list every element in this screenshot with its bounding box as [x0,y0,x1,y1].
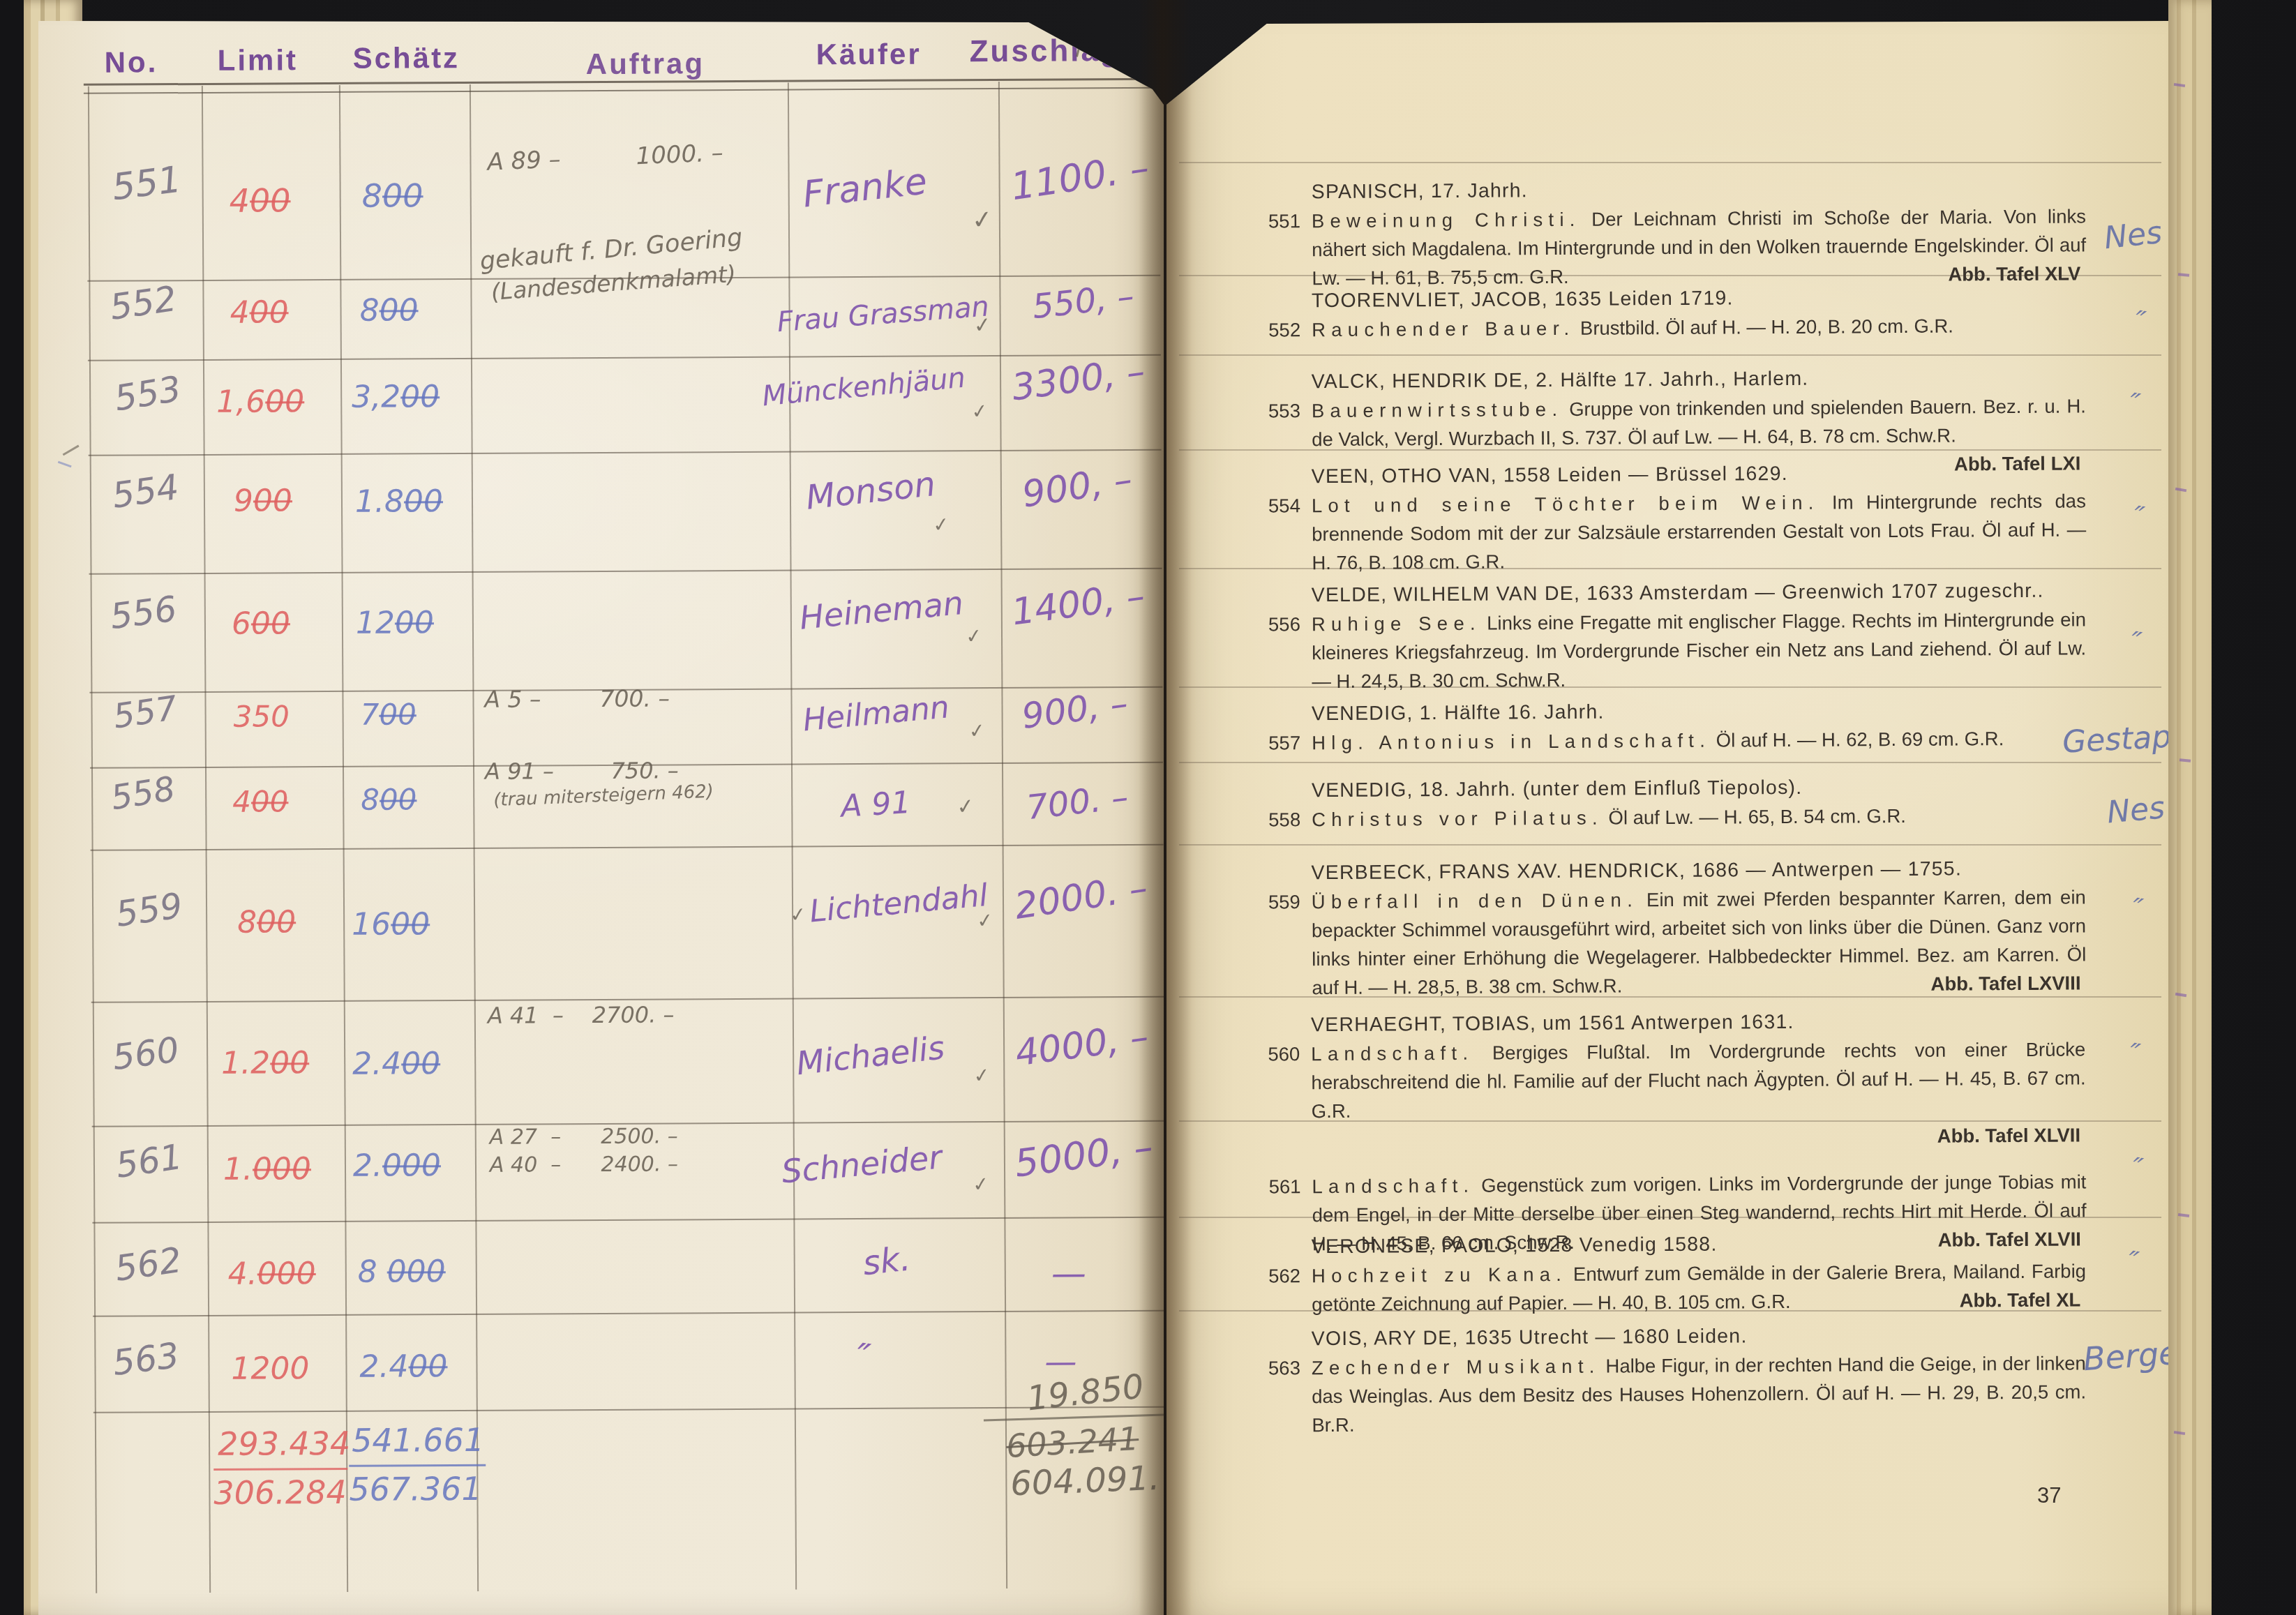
zuschlag-cell: 5000, – [1012,1125,1155,1186]
schaetz-grand-total: 567.361 [349,1470,482,1508]
limit-cell: 350 [233,699,289,733]
lot-title: Zechender Musikant. [1312,1355,1600,1379]
plate-reference: Abb. Tafel LXVIII [1930,968,2080,998]
header-no: No. [105,45,158,79]
schaetz-total-underline [349,1464,486,1467]
check-mark-icon: ✓ [788,902,807,926]
table-vline [470,84,479,1591]
buyer-cell: sk. [861,1239,913,1283]
schaetz-cell: 1200 [356,605,434,641]
catalog-lot: 560 Landschaft. Bergiges Flußtal. Im Vor… [1255,1035,2086,1154]
catalog-section: VELDE, WILHELM VAN DE, 1633 Amsterdam — … [1256,576,2087,696]
zuschlag-cell: 4000, – [1013,1016,1150,1074]
lot-title: Überfall in den Dünen. [1312,889,1638,912]
lot-number: 557 [1256,728,1300,757]
lot-number: 556 [1256,610,1300,638]
check-mark-icon: ✓ [964,624,983,648]
limit-grand-total: 306.284 [213,1473,347,1512]
table-vline [202,86,211,1593]
lot-number: 558 [1256,805,1300,834]
limit-cell: 4.000 [228,1256,316,1292]
table-vline [88,87,97,1593]
lot-number-cell: 554 [110,467,181,516]
ledger-content: No. Limit Schätz Auftrag Käufer Zuschlag… [34,0,1168,1615]
catalog-row-line [1179,162,2161,163]
lot-number-cell: 557 [111,689,180,737]
schaetz-cell: 2.400 [359,1349,447,1385]
catalog-lot: 554 Lot und seine Töchter beim Wein. Im … [1256,486,2087,577]
limit-total: 293.434 [218,1425,351,1463]
catalog-section: SPANISCH, 17. Jahrh. 551 Beweinung Chris… [1256,173,2087,292]
buyer-cell: Michaelis [795,1028,947,1082]
ledger-page: No. Limit Schätz Auftrag Käufer Zuschlag… [38,0,1164,1615]
buyer-cell: Schneider [780,1138,943,1190]
check-mark-icon: ✓ [968,719,986,743]
book-spread-photo: No. Limit Schätz Auftrag Käufer Zuschlag… [0,0,2296,1615]
auftrag-note: (trau mitersteigern 462) [493,781,714,811]
schaetz-cell: 3,200 [352,379,440,415]
lot-title: Christus vor Pilatus. [1312,807,1603,831]
catalog-lot: 559 Überfall in den Dünen. Ein mit zwei … [1256,882,2087,1002]
schaetz-cell: 2.000 [353,1148,441,1184]
table-vline [998,82,1007,1588]
lot-text: Brustbild. Öl auf H. — H. 20, B. 20 cm. … [1580,315,1953,339]
check-mark-icon: ✓ [973,313,993,339]
lot-number: 552 [1256,315,1300,344]
pencil-stroke-mark [1076,13,1088,57]
plate-reference: Abb. Tafel XL [1959,1285,2080,1314]
catalog-section: VENEDIG, 1. Hälfte 16. Jahrh. 557 Hlg. A… [1256,695,2086,757]
check-mark-icon: ✓ [973,1063,991,1088]
catalog-row-line [1179,354,2161,356]
limit-cell: 400 [230,181,291,219]
auftrag-note: A 91 – 750. – [485,757,679,784]
lot-number-cell: 563 [110,1335,181,1384]
zuschlag-dash: — [1051,1253,1086,1293]
schaetz-cell: 2.400 [352,1046,440,1082]
limit-cell: 400 [232,784,288,818]
lot-title: Rauchender Bauer. [1312,317,1575,340]
lot-number: 560 [1255,1039,1300,1068]
artist-heading: VENEDIG, 18. Jahrh. (unter dem Einfluß T… [1256,772,2086,805]
zuschlag-cell: 550, – [1030,276,1136,326]
schaetz-cell: 800 [362,176,423,214]
lot-number-cell: 562 [112,1240,184,1289]
limit-cell: 1.000 [223,1151,311,1187]
lot-number-cell: 553 [112,368,184,419]
lot-text: Öl auf Lw. — H. 65, B. 54 cm. G.R. [1608,805,1906,829]
schaetz-cell: 700 [360,697,416,731]
artist-heading: VELDE, WILHELM VAN DE, 1633 Amsterdam — … [1256,576,2086,610]
page-stack-right [2168,0,2212,1615]
zuschlag-subtotal: 19.850 [1025,1367,1146,1418]
check-mark-icon: ✓ [955,794,975,820]
lot-title: Hlg. Antonius in Landschaft. [1312,730,1711,753]
lot-number: 561 [1256,1172,1300,1201]
page-number: 37 [2037,1483,2061,1508]
lot-title: Ruhige See. [1312,613,1481,635]
catalog-lot: 556 Ruhige See. Links eine Fregatte mit … [1256,605,2087,696]
lot-number-cell: 561 [113,1136,185,1186]
lot-title: Landschaft. [1312,1175,1474,1197]
header-kaeufer: Käufer [816,38,922,72]
lot-number-cell: 552 [107,278,179,328]
auftrag-note: A 5 – 700. – [484,684,670,712]
buyer-ditto-mark: ″ [854,1336,873,1379]
check-mark-icon: ✓ [970,205,994,236]
margin-pencil-tick [63,445,80,456]
artist-heading: VERHAEGHT, TOBIAS, um 1561 Antwerpen 163… [1255,1006,2085,1039]
catalog-section: VENEDIG, 18. Jahrh. (unter dem Einfluß T… [1256,772,2086,834]
lot-number-cell: 560 [110,1030,181,1079]
artist-heading: VERONESE, PAOLO, 1528 Venedig 1588. [1256,1228,2086,1261]
artist-heading: VALCK, HENDRIK DE, 2. Hälfte 17. Jahrh.,… [1256,363,2086,396]
lot-number: 562 [1256,1261,1300,1290]
artist-heading: VOIS, ARY DE, 1635 Utrecht — 1680 Leiden… [1256,1320,2086,1353]
limit-cell: 1200 [231,1351,309,1387]
schaetz-cell: 1.800 [355,483,443,520]
limit-cell: 800 [237,904,296,940]
artist-heading: VENEDIG, 1. Hälfte 16. Jahrh. [1256,695,2086,728]
auftrag-note: A 40 – 2400. – [490,1152,678,1177]
lot-number: 559 [1256,887,1300,916]
lot-number: 563 [1256,1353,1300,1382]
buyer-cell: Heilmann [802,689,951,738]
lot-number-cell: 556 [108,589,179,638]
auftrag-note: A 41 – 2700. – [488,1001,675,1028]
check-mark-icon: ✓ [970,399,989,423]
artist-heading: SPANISCH, 17. Jahrh. [1256,173,2086,206]
lot-title: Landschaft. [1311,1042,1473,1065]
limit-cell: 1.200 [221,1045,309,1081]
zuschlag-cell: 3300, – [1010,350,1147,409]
lot-number: 551 [1256,206,1300,235]
artist-heading: TOORENVLIET, JACOB, 1635 Leiden 1719. [1256,282,2086,315]
buyer-cell: Heineman [798,584,965,637]
schaetz-cell: 800 [361,782,417,816]
catalog-section: VEEN, OTHO VAN, 1558 Leiden — Brüssel 16… [1256,458,2087,577]
catalog-lot: 558 Christus vor Pilatus. Öl auf Lw. — H… [1256,800,2086,834]
artist-heading: VERBEECK, FRANS XAV. HENDRICK, 1686 — An… [1255,854,2085,887]
margin-note: Nes [2106,790,2166,830]
buyer-cell: Frau Grassman [776,290,990,338]
lot-text: Öl auf H. — H. 62, B. 69 cm. G.R. [1716,728,2004,751]
check-mark-icon: ✓ [931,512,950,536]
catalog-lot: 557 Hlg. Antonius in Landschaft. Öl auf … [1256,723,2086,757]
catalog-lot: 563 Zechender Musikant. Halbe Figur, in … [1256,1349,2087,1439]
schaetz-cell: 8 000 [358,1254,446,1290]
book-edge-left-dark [0,0,24,1615]
header-zuschlag: Zuschlag [970,33,1121,69]
buyer-cell: Monson [804,465,937,518]
limit-cell: 900 [234,483,292,518]
lot-number: 554 [1256,491,1300,520]
catalog-row-line [1179,762,2161,763]
catalog-section: VOIS, ARY DE, 1635 Utrecht — 1680 Leiden… [1256,1320,2087,1439]
check-mark-icon: ✓ [971,1172,990,1196]
lot-number-cell: 551 [110,158,183,209]
zuschlag-cell: 1400, – [1010,575,1147,633]
buyer-cell: Franke [801,160,929,216]
lot-title: Bauernwirtsstube. [1312,398,1563,421]
catalog-section: VERHAEGHT, TOBIAS, um 1561 Antwerpen 163… [1255,1006,2087,1258]
gutter-shadow [1139,0,1192,1615]
zuschlag-cell: 900, – [1020,683,1130,737]
catalog-lot: 562 Hochzeit zu Kana. Entwurf zum Gemäld… [1256,1256,2086,1319]
zuschlag-total-crossed: 603.241 [1005,1420,1140,1465]
buyer-cell: A 91 [840,785,912,825]
limit-cell: 400 [230,294,288,330]
buyer-cell: Münckenhjäun [761,362,967,413]
artist-heading: VEEN, OTHO VAN, 1558 Leiden — Brüssel 16… [1256,458,2086,491]
lot-number: 553 [1256,396,1300,425]
catalog-lot: 551 Beweinung Christi. Der Leichnam Chri… [1256,202,2087,292]
auftrag-note: A 27 – 2500. – [490,1124,678,1149]
margin-pencil-tick [58,461,72,468]
catalog-row-line [1179,844,2161,846]
table-vline [339,85,348,1592]
zuschlag-cell: 700. – [1025,778,1130,828]
plate-reference: Abb. Tafel XLVII [1312,1120,2086,1154]
lot-title: Lot und seine Töchter beim Wein. [1312,492,1819,516]
lot-title: Hochzeit zu Kana. [1312,1263,1567,1286]
auftrag-note: A 89 – 1000. – [487,139,724,176]
margin-note: Nes [2103,215,2164,256]
schaetz-cell: 800 [359,292,418,328]
lot-number-cell: 559 [113,885,185,935]
limit-total-underline [213,1468,347,1471]
header-rule [84,78,1158,94]
buyer-cell: Lichtendahl [808,878,989,929]
schaetz-total: 541.661 [352,1421,485,1459]
zuschlag-cell: 2000. – [1012,867,1150,928]
check-mark-icon: ✓ [975,908,994,933]
zuschlag-cell: 1100. – [1008,145,1152,209]
catalog-section: VERBEECK, FRANS XAV. HENDRICK, 1686 — An… [1255,854,2086,1002]
header-auftrag: Auftrag [586,47,705,81]
header-limit: Limit [218,43,299,77]
catalog-section: TOORENVLIET, JACOB, 1635 Leiden 1719. 55… [1256,282,2086,344]
lot-number-cell: 558 [108,769,177,818]
catalog-lot: 552 Rauchender Bauer. Brustbild. Öl auf … [1256,310,2086,344]
limit-cell: 1,600 [216,384,304,420]
catalog-section: VERONESE, PAOLO, 1528 Venedig 1588. 562 … [1256,1228,2087,1319]
schaetz-cell: 1600 [352,906,430,942]
limit-cell: 600 [232,606,290,641]
header-schaetz: Schätz [353,41,460,75]
lot-title: Beweinung Christi. [1312,209,1581,232]
zuschlag-cell: 900, – [1019,458,1134,516]
